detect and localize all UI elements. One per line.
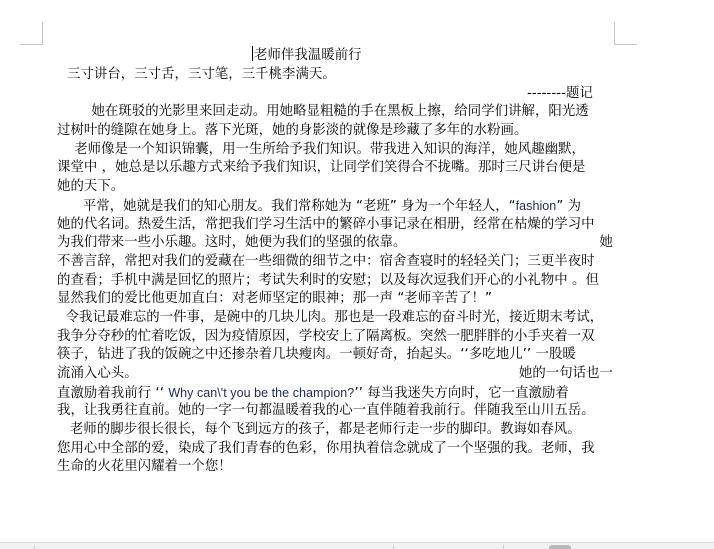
paragraph-line: 为我们带来一些小乐趣。这时，她便为我们的坚强的依靠。她	[57, 234, 613, 253]
paragraph-line: 过树叶的缝隙在她身上。落下光斑，她的身影淡的就像是珍藏了多年的水粉画。	[57, 122, 613, 141]
paragraph-line: 老师的脚步很长很长，每个飞到远方的孩子，都是老师行走一步的脚印。教诲如春风。	[57, 421, 613, 440]
paragraph-line: 平常，她就是我们的知心朋友。我们常称她为 “老班” 身为一个年轻人，“fashi…	[57, 197, 613, 216]
status-divider	[34, 545, 35, 549]
paragraph-line: 我争分夺秒的忙着吃饭，因为疫情原因，学校安上了隔离板。突然一肥胖胖的小手夹着一双	[57, 328, 613, 347]
status-divider	[393, 545, 394, 549]
text-cursor	[252, 46, 253, 61]
zoom-slider-thumb[interactable]	[549, 545, 571, 549]
paragraph-line: 流涌入心头。她的一句话也一	[57, 365, 613, 384]
paragraph-line: 她在斑驳的光影里来回走动。用她略显粗糙的手在黑板上擦，给同学们讲解，阳光透	[57, 103, 613, 122]
paragraph-line: 课堂中 ，她总是以乐趣方式来给予我们知识，让同学们笑得合不拢嘴。那时三尺讲台便是	[57, 159, 613, 178]
document-page: 老师伴我温暖前行 三寸讲台，三寸舌，三寸笔，三千桃李满天。 --------题记…	[0, 0, 714, 542]
latin-word: fashion	[516, 199, 557, 213]
paragraph-line: 显然我们的爱比他更加直白：对老师坚定的眼神；那一声 “老师辛苦了！”	[57, 290, 613, 309]
page-corner-top-left	[20, 22, 43, 45]
paragraph-line: 她的天下。	[57, 178, 613, 197]
paragraph-line: 您用心中全部的爱，染成了我们青春的色彩，你用执着信念就成了一个坚强的我。老师，我	[57, 440, 613, 459]
document-body[interactable]: 老师伴我温暖前行 三寸讲台，三寸舌，三寸笔，三千桃李满天。 --------题记…	[57, 46, 613, 477]
paragraph-line: 的查看；手机中满是回忆的照片；考试失利时的安慰；以及每次逗我们开心的小礼物中 。…	[57, 272, 613, 291]
paragraph-line: 我，让我勇往直前。她的一字一句都温暖着我的心一直伴随着我前行。伴随我至山川五岳。	[57, 402, 613, 421]
epigraph-attribution: --------题记	[57, 85, 613, 104]
paragraph-line: 直激励着我前行 ‘‘ Why can\'t you be the champio…	[57, 384, 613, 403]
paragraph-line: 她的代名词。热爱生活，常把我们学习生活中的繁碎小事记录在相册，经常在枯燥的学习中	[57, 216, 613, 235]
status-divider	[503, 545, 504, 549]
paragraph-line: 筷子，钻进了我的饭碗之中还掺杂着几块瘦肉。一顿好奇，抬起头。‘‘多吃地儿’’ 一…	[57, 346, 613, 365]
epigraph: 三寸讲台，三寸舌，三寸笔，三千桃李满天。	[57, 66, 613, 85]
paragraph-line: 令我记最难忘的一件事，是碗中的几块儿肉。那也是一段难忘的奋斗时光，接近期末考试，	[57, 309, 613, 328]
status-bar	[0, 542, 714, 549]
latin-quote: Why can\'t you be the champion?	[168, 386, 354, 400]
paragraph-line: 生命的火花里闪耀着一个您！	[57, 458, 613, 477]
paragraph-line: 老师像是一个知识锦囊，用一生所给予我们知识。带我进入知识的海洋，她风趣幽默，	[57, 141, 613, 160]
paragraph-line: 不善言辞，常把对我们的爱藏在一些细微的细节之中：宿舍查寝时的轻轻关门；三更半夜时	[57, 253, 613, 272]
document-title: 老师伴我温暖前行	[57, 46, 613, 66]
page-corner-top-right	[614, 22, 637, 45]
